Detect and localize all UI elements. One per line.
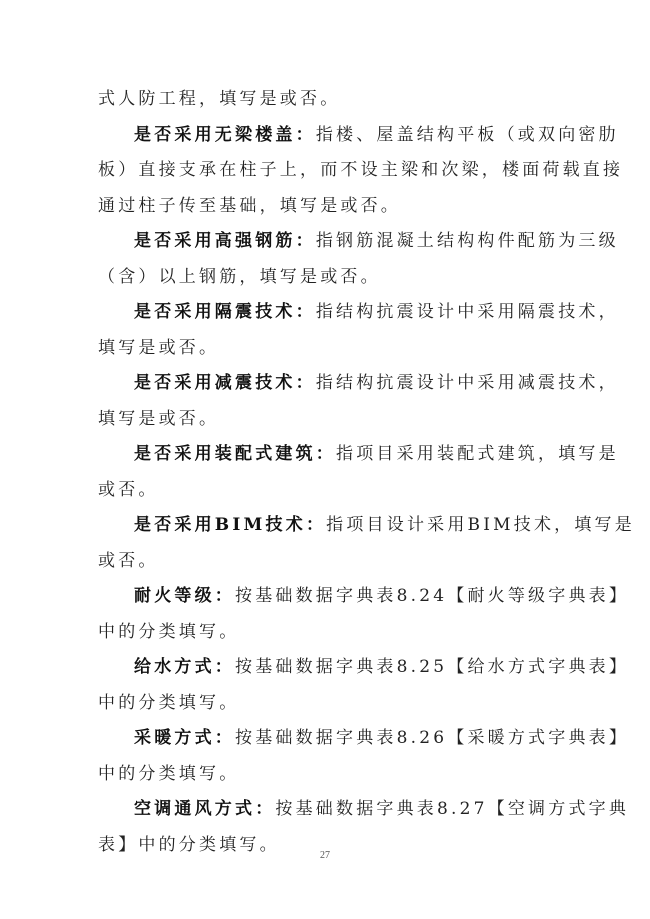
text-line: 给水方式：按基础数据字典表8.25【给水方式字典表】 <box>98 650 558 686</box>
body-text: 填写是或否。 <box>98 409 219 429</box>
body-text: 指结构抗震设计中采用减震技术， <box>316 373 619 393</box>
body-text: 中的分类填写。 <box>98 764 239 784</box>
body-text: 指项目设计采用BIM技术，填写是 <box>326 515 635 535</box>
text-line: 或否。 <box>98 544 558 580</box>
text-line: 式人防工程，填写是或否。 <box>98 82 558 118</box>
text-line: 是否采用装配式建筑：指项目采用装配式建筑，填写是 <box>98 437 558 473</box>
term-label: 空调通风方式： <box>134 799 275 819</box>
text-line: 中的分类填写。 <box>98 686 558 722</box>
term-label: 给水方式： <box>134 657 235 677</box>
text-line: 是否采用高强钢筋：指钢筋混凝土结构构件配筋为三级 <box>98 224 558 260</box>
body-text: 或否。 <box>98 551 159 571</box>
body-text: 指钢筋混凝土结构构件配筋为三级 <box>316 231 619 251</box>
text-line: 空调通风方式：按基础数据字典表8.27【空调方式字典 <box>98 792 558 828</box>
body-text: 通过柱子传至基础，填写是或否。 <box>98 196 401 216</box>
body-text: 按基础数据字典表8.26【采暖方式字典表】 <box>235 728 629 748</box>
text-line: 是否采用减震技术：指结构抗震设计中采用减震技术， <box>98 366 558 402</box>
page-number: 27 <box>0 850 650 861</box>
body-text: 填写是或否。 <box>98 338 219 358</box>
text-line: 中的分类填写。 <box>98 615 558 651</box>
term-label: 是否采用减震技术： <box>134 373 316 393</box>
body-text: 按基础数据字典表8.24【耐火等级字典表】 <box>235 586 629 606</box>
body-text: （含）以上钢筋，填写是或否。 <box>98 267 381 287</box>
body-text: 指项目采用装配式建筑，填写是 <box>336 444 619 464</box>
text-line: 中的分类填写。 <box>98 757 558 793</box>
body-text: 或否。 <box>98 480 159 500</box>
body-text: 中的分类填写。 <box>98 693 239 713</box>
text-line: 是否采用隔震技术：指结构抗震设计中采用隔震技术， <box>98 295 558 331</box>
text-line: 填写是或否。 <box>98 402 558 438</box>
term-label: 是否采用隔震技术： <box>134 302 316 322</box>
text-line: 是否采用无梁楼盖：指楼、屋盖结构平板（或双向密肋 <box>98 118 558 154</box>
text-line: 板）直接支承在柱子上，而不设主梁和次梁，楼面荷载直接 <box>98 153 558 189</box>
body-text: 指结构抗震设计中采用隔震技术， <box>316 302 619 322</box>
text-line: 或否。 <box>98 473 558 509</box>
body-text: 指楼、屋盖结构平板（或双向密肋 <box>316 125 619 145</box>
term-label: 是否采用装配式建筑： <box>134 444 336 464</box>
term-label: 是否采用BIM技术： <box>134 515 326 535</box>
text-line: 通过柱子传至基础，填写是或否。 <box>98 189 558 225</box>
term-label: 是否采用高强钢筋： <box>134 231 316 251</box>
document-page: 式人防工程，填写是或否。 是否采用无梁楼盖：指楼、屋盖结构平板（或双向密肋 板）… <box>98 82 558 863</box>
body-text: 式人防工程，填写是或否。 <box>98 89 340 109</box>
text-line: 填写是或否。 <box>98 331 558 367</box>
term-label: 采暖方式： <box>134 728 235 748</box>
text-line: 采暖方式：按基础数据字典表8.26【采暖方式字典表】 <box>98 721 558 757</box>
term-label: 是否采用无梁楼盖： <box>134 125 316 145</box>
text-line: （含）以上钢筋，填写是或否。 <box>98 260 558 296</box>
term-label: 耐火等级： <box>134 586 235 606</box>
body-text: 中的分类填写。 <box>98 622 239 642</box>
text-line: 是否采用BIM技术：指项目设计采用BIM技术，填写是 <box>98 508 558 544</box>
body-text: 按基础数据字典表8.27【空调方式字典 <box>275 799 629 819</box>
body-text: 按基础数据字典表8.25【给水方式字典表】 <box>235 657 629 677</box>
text-line: 耐火等级：按基础数据字典表8.24【耐火等级字典表】 <box>98 579 558 615</box>
body-text: 板）直接支承在柱子上，而不设主梁和次梁，楼面荷载直接 <box>98 160 623 180</box>
